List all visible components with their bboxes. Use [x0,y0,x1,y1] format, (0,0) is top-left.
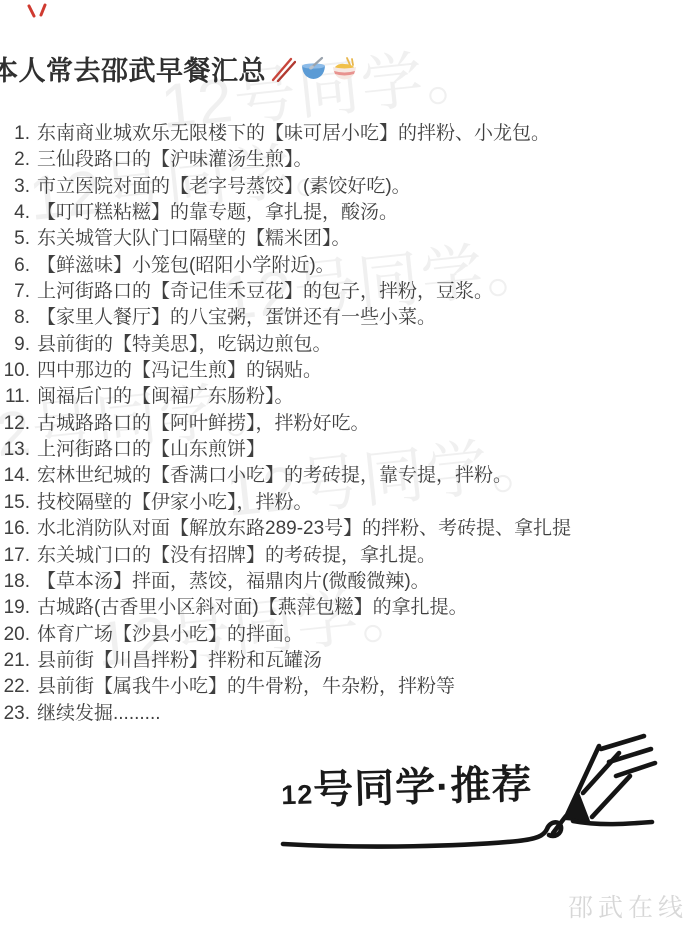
list-item: 8. 【家里人餐厅】的八宝粥，蛋饼还有一些小菜。 [0,305,700,331]
list-item-text: 水北消防队对面【解放东路289-23号】的拌粉、考砖提、拿扎提 [37,516,571,542]
list-item-text: 技校隔壁的【伊家小吃】，拌粉。 [37,490,313,516]
list-item-number: 23. [0,701,30,727]
list-item-text: 继续发掘......... [37,701,161,727]
list-item-number: 16. [0,516,30,542]
list-item: 16. 水北消防队对面【解放东路289-23号】的拌粉、考砖提、拿扎提 [0,516,700,542]
list-item: 5. 东关城管大队门口隔壁的【糯米团】。 [0,226,700,252]
list-item: 3. 市立医院对面的【老字号蒸饺】(素饺好吃)。 [0,174,700,200]
list-item-number: 13. [0,437,30,463]
list-item-text: 四中那边的【冯记生煎】的锅贴。 [37,358,322,384]
list-item-number: 14. [0,463,30,489]
list-item-text: 三仙段路口的【沪味灌汤生煎】。 [37,147,313,173]
breakfast-list: 1. 东南商业城欢乐无限楼下的【味可居小吃】的拌粉、小龙包。 2. 三仙段路口的… [0,121,700,727]
list-item-text: 【鲜滋味】小笼包(昭阳小学附近)。 [37,253,335,279]
red-pen-marks-icon [24,2,54,22]
list-item-text: 【草本汤】拌面，蒸饺，福鼎肉片(微酸微辣)。 [37,569,430,595]
list-item-number: 22. [0,674,30,700]
list-item-number: 18. [0,569,30,595]
list-item: 4. 【叮叮糕粘糍】的靠专题，拿扎提，酸汤。 [0,200,700,226]
list-item-number: 21. [0,648,30,674]
list-item-number: 15. [0,490,30,516]
list-item-number: 8. [0,305,30,331]
chopsticks-emoji [270,56,296,82]
pencil-doodle-icon [270,733,700,858]
list-item: 7. 上河街路口的【奇记佳禾豆花】的包子，拌粉，豆浆。 [0,279,700,305]
list-item: 14. 宏林世纪城的【香满口小吃】的考砖提，靠专提，拌粉。 [0,463,700,489]
list-item: 23. 继续发掘......... [0,701,700,727]
list-item-text: 古城路路口的【阿叶鲜捞】，拌粉好吃。 [37,411,370,437]
list-item: 21. 县前街【川昌拌粉】拌粉和瓦罐汤 [0,648,700,674]
list-item-text: 县前街【属我牛小吃】的牛骨粉，牛杂粉，拌粉等 [37,674,455,700]
list-item-text: 闽福后门的【闽福广东肠粉】。 [37,384,294,410]
list-item: 22. 县前街【属我牛小吃】的牛骨粉，牛杂粉，拌粉等 [0,674,700,700]
list-item-text: 上河街路口的【山东煎饼】 [37,437,265,463]
list-item: 1. 东南商业城欢乐无限楼下的【味可居小吃】的拌粉、小龙包。 [0,121,700,147]
list-item: 17. 东关城门口的【没有招牌】的考砖提，拿扎提。 [0,543,700,569]
list-item-number: 19. [0,595,30,621]
bowl-with-spoon-emoji [300,56,327,82]
list-item-number: 1. [0,121,30,147]
list-item-number: 6. [0,253,30,279]
list-item-text: 【家里人餐厅】的八宝粥，蛋饼还有一些小菜。 [37,305,436,331]
list-item-number: 7. [0,279,30,305]
list-item-text: 上河街路口的【奇记佳禾豆花】的包子，拌粉，豆浆。 [37,279,493,305]
list-item: 20. 体育广场【沙县小吃】的拌面。 [0,622,700,648]
list-item-text: 【叮叮糕粘糍】的靠专题，拿扎提，酸汤。 [37,200,398,226]
list-item-number: 5. [0,226,30,252]
list-item-number: 9. [0,332,30,358]
list-item-text: 东关城门口的【没有招牌】的考砖提，拿扎提。 [37,543,436,569]
list-item-number: 20. [0,622,30,648]
list-item: 10. 四中那边的【冯记生煎】的锅贴。 [0,358,700,384]
list-item: 18. 【草本汤】拌面，蒸饺，福鼎肉片(微酸微辣)。 [0,569,700,595]
list-item-text: 宏林世纪城的【香满口小吃】的考砖提，靠专提，拌粉。 [37,463,512,489]
list-item-text: 县前街【川昌拌粉】拌粉和瓦罐汤 [37,648,322,674]
list-item: 19. 古城路(古香里小区斜对面)【燕萍包糍】的拿扎提。 [0,595,700,621]
noodle-bowl-emoji [331,56,358,82]
list-item: 2. 三仙段路口的【沪味灌汤生煎】。 [0,147,700,173]
page-title: 本人常去邵武早餐汇总 [0,49,266,88]
list-item: 15. 技校隔壁的【伊家小吃】，拌粉。 [0,490,700,516]
list-item-text: 市立医院对面的【老字号蒸饺】(素饺好吃)。 [37,174,411,200]
list-item-number: 2. [0,147,30,173]
list-item-number: 12. [0,411,30,437]
list-item: 11. 闽福后门的【闽福广东肠粉】。 [0,384,700,410]
page: 12号同学。 12号同学。 12号同学。 12号同学。 12号同学。 12号同学… [0,0,700,933]
list-item-number: 17. [0,543,30,569]
list-item: 12. 古城路路口的【阿叶鲜捞】，拌粉好吃。 [0,411,700,437]
list-item-text: 体育广场【沙县小吃】的拌面。 [37,622,303,648]
list-item-number: 4. [0,200,30,226]
list-item: 13. 上河街路口的【山东煎饼】 [0,437,700,463]
list-item-text: 东关城管大队门口隔壁的【糯米团】。 [37,226,351,252]
list-item-number: 10. [0,358,30,384]
list-item-text: 县前街的【特美思】，吃锅边煎包。 [37,332,332,358]
list-item: 6. 【鲜滋味】小笼包(昭阳小学附近)。 [0,253,700,279]
list-item-text: 古城路(古香里小区斜对面)【燕萍包糍】的拿扎提。 [37,595,468,621]
list-item-number: 3. [0,174,30,200]
page-title-row: 本人常去邵武早餐汇总 [0,49,358,88]
list-item: 9. 县前街的【特美思】，吃锅边煎包。 [0,332,700,358]
list-item-number: 11. [0,384,30,410]
site-watermark: 邵武在线 [568,888,688,924]
list-item-text: 东南商业城欢乐无限楼下的【味可居小吃】的拌粉、小龙包。 [37,121,550,147]
